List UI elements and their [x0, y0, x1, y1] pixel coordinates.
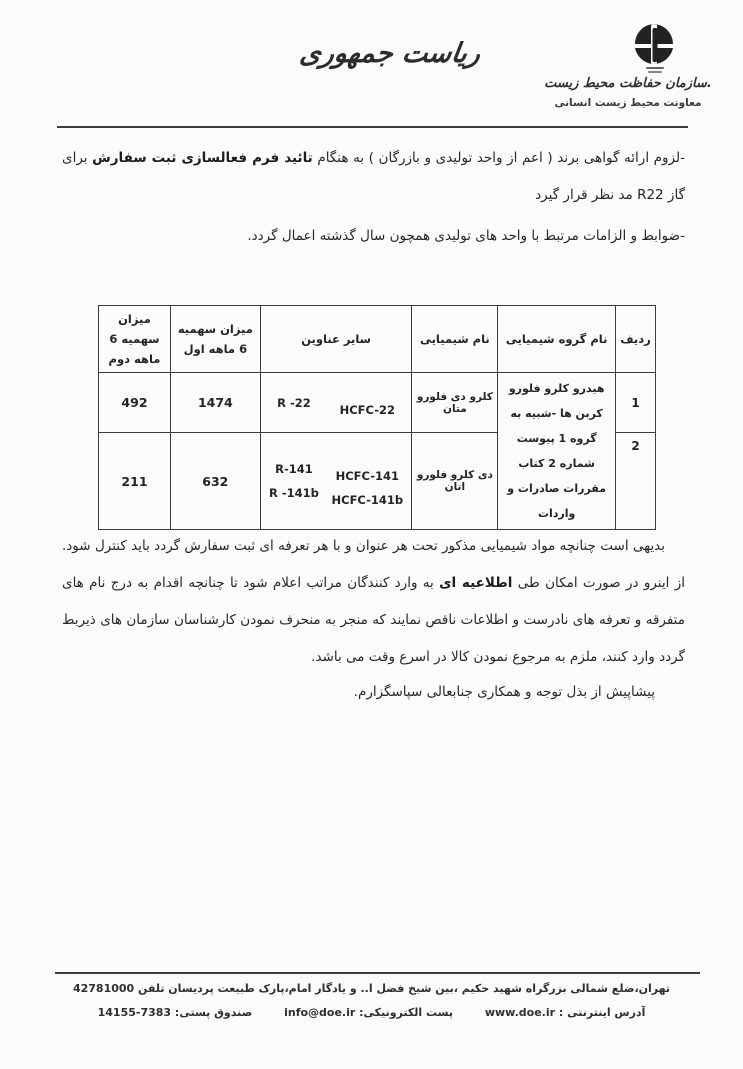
bullet1-bold-text: تائید فرم فعالسازی ثبت سفارش — [92, 150, 313, 166]
closing-bold-text: اطلاعیه ای — [439, 575, 512, 591]
quota-table: ردیف نام گروه شیمیایی نام شیمیایی سایر ع… — [98, 305, 656, 530]
row1-quota-first-half: 1474 — [170, 373, 260, 433]
footer-contacts: آدرس اینترنتی : www.doe.ir پست الکترونیک… — [40, 1006, 703, 1019]
header-chemical-name: نام شیمیایی — [412, 306, 498, 373]
closing-paragraph: بدیهی است چنانچه مواد شیمیایی مذکور تحت … — [62, 528, 685, 676]
row2-alias-hcfc2: HCFC-141b — [332, 493, 404, 507]
row2-alias-r2: R -141b — [269, 486, 319, 500]
bullet-paragraph-1: -لزوم ارائه گواهی برند ( اعم از واحد تول… — [62, 140, 685, 214]
row2-number: 2 — [616, 433, 656, 530]
signature-line: پیشاپیش از بذل توجه و همکاری جنابعالی سپ… — [354, 684, 655, 700]
header-other-titles: سایر عناوین — [260, 306, 412, 373]
footer-address: تهران،ضلع شمالی بزرگراه شهید حکیم ،بین ش… — [40, 982, 703, 995]
org-name-block: سازمان حفاظت محیط زیست. معاونت محیط زیست… — [543, 76, 713, 109]
row1-number: 1 — [616, 373, 656, 433]
scanned-letter-page: سازمان حفاظت محیط زیست. معاونت محیط زیست… — [0, 0, 743, 1069]
footer-divider — [55, 972, 700, 974]
row1-quota-second-half: 492 — [99, 373, 171, 433]
row1-alias-r: R -22 — [277, 396, 311, 410]
org-name: سازمان حفاظت محیط زیست. — [543, 76, 713, 91]
doe-emblem-icon — [625, 22, 685, 82]
table-header-row: ردیف نام گروه شیمیایی نام شیمیایی سایر ع… — [99, 306, 656, 373]
row2-quota-first-half: 632 — [170, 433, 260, 530]
bullet-paragraph-2: -ضوابط و الزامات مرتبط با واحد های تولید… — [62, 218, 685, 255]
org-department: معاونت محیط زیست انسانی — [543, 97, 713, 109]
pobox-label: صندوق پستی: — [175, 1006, 252, 1019]
row1-alias-hcfc: HCFC-22 — [340, 403, 395, 417]
row2-quota-second-half: 211 — [99, 433, 171, 530]
website-label: آدرس اینترنتی : — [559, 1006, 645, 1019]
footer-pobox: صندوق پستی: 14155-7383 — [98, 1006, 253, 1019]
row2-chemical-name: دی کلرو فلورو اتان — [412, 433, 498, 530]
header-quota-second-half: میزان سهمیه 6 ماهه دوم — [99, 306, 171, 373]
row1-chemical-name: کلرو دی فلورو متان — [412, 373, 498, 433]
header-row-number: ردیف — [616, 306, 656, 373]
row2-alias-hcfc1: HCFC-141 — [332, 469, 404, 483]
website-url: www.doe.ir — [485, 1006, 555, 1019]
footer-website: آدرس اینترنتی : www.doe.ir — [485, 1006, 646, 1019]
bullet1-text: -لزوم ارائه گواهی برند ( اعم از واحد تول… — [313, 150, 685, 166]
email-label: پست الکترونیکی: — [359, 1006, 453, 1019]
row1-aliases: R -22 HCFC-22 — [260, 373, 412, 433]
letterhead-title: ریاست جمهوری — [298, 38, 482, 69]
header-chemical-group: نام گروه شیمیایی — [498, 306, 616, 373]
row2-alias-r1: R-141 — [269, 462, 319, 476]
header-divider — [57, 126, 688, 128]
header-quota-first-half: میزان سهمیه 6 ماهه اول — [170, 306, 260, 373]
environment-organization-logo-icon — [632, 22, 678, 78]
pobox-number: 14155-7383 — [98, 1006, 171, 1019]
email-address: info@doe.ir — [284, 1006, 355, 1019]
footer-email: پست الکترونیکی: info@doe.ir — [284, 1006, 453, 1019]
chemical-group-cell: هیدرو کلرو فلورو کربن ها -شبیه به گروه 1… — [498, 373, 616, 530]
row2-aliases: R-141 R -141b HCFC-141 HCFC-141b — [260, 433, 412, 530]
table-row: 1 هیدرو کلرو فلورو کربن ها -شبیه به گروه… — [99, 373, 656, 433]
